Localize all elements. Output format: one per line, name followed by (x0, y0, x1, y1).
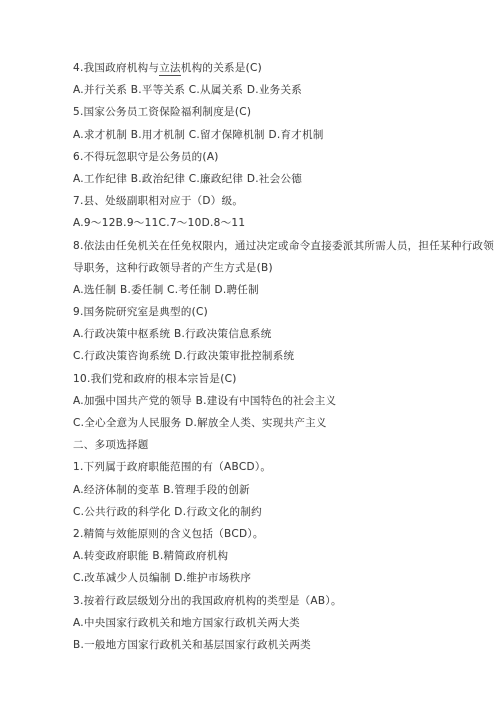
mc-question-2: 2.精简与效能原则的含义包括（BCD）。 (73, 523, 479, 545)
underlined-term: 立法 (159, 62, 181, 76)
mc-question-3: 3.按着行政层级划分出的我国政府机构的类型是（AB）。 (73, 590, 479, 612)
mc-question-1-options-cd: C.公共行政的科学化 D.行政文化的制约 (73, 501, 479, 523)
question-8-line-1: 8.依法由任免机关在任免权限内，通过决定或命令直接委派其所需人员，担任某种行政领 (73, 235, 479, 257)
question-4-pre: 4.我国政府机构与 (73, 62, 159, 74)
section-heading: 二、多项选择题 (73, 434, 479, 456)
question-10-options-ab: A.加强中国共产党的领导 B.建设有中国特色的社会主义 (73, 390, 479, 412)
question-10-options-cd: C.全心全意为人民服务 D.解放全人类、实现共产主义 (73, 412, 479, 434)
text-block: 4.我国政府机构与立法机构的关系是(C) A.并行关系 B.平等关系 C.从属关… (73, 57, 479, 656)
mc-question-1: 1.下列属于政府职能范围的有（ABCD）。 (73, 456, 479, 478)
mc-question-3-option-b: B.一般地方国家行政机关和基层国家行政机关两类 (73, 634, 479, 656)
question-9: 9.国务院研究室是典型的(C) (73, 301, 479, 323)
mc-question-3-option-a: A.中央国家行政机关和地方国家行政机关两大类 (73, 612, 479, 634)
mc-question-2-options-ab: A.转变政府职能 B.精简政府机构 (73, 545, 479, 567)
question-5-options: A.求才机制 B.用才机制 C.留才保障机制 D.育才机制 (73, 124, 479, 146)
question-5: 5.国家公务员工资保险福利制度是(C) (73, 101, 479, 123)
question-4-post: 机构的关系是(C) (181, 62, 262, 74)
document-page: 4.我国政府机构与立法机构的关系是(C) A.并行关系 B.平等关系 C.从属关… (0, 0, 499, 706)
mc-question-1-options-ab: A.经济体制的变革 B.管理手段的创新 (73, 479, 479, 501)
question-9-options-cd: C.行政决策咨询系统 D.行政决策审批控制系统 (73, 345, 479, 367)
question-6-options: A.工作纪律 B.政治纪律 C.廉政纪律 D.社会公德 (73, 168, 479, 190)
question-8-line-2: 导职务，这种行政领导者的产生方式是(B) (73, 257, 479, 279)
question-7: 7.县、处级副职相对应于（D）级。 (73, 190, 479, 212)
question-10: 10.我们党和政府的根本宗旨是(C) (73, 368, 479, 390)
question-4-options: A.并行关系 B.平等关系 C.从属关系 D.业务关系 (73, 79, 479, 101)
mc-question-2-options-cd: C.改革减少人员编制 D.维护市场秩序 (73, 567, 479, 589)
question-4: 4.我国政府机构与立法机构的关系是(C) (73, 57, 479, 79)
question-8-options: A.选任制 B.委任制 C.考任制 D.聘任制 (73, 279, 479, 301)
question-9-options-ab: A.行政决策中枢系统 B.行政决策信息系统 (73, 323, 479, 345)
question-7-options: A.9～12B.9～11C.7～10D.8～11 (73, 212, 479, 234)
question-6: 6.不得玩忽职守是公务员的(A) (73, 146, 479, 168)
